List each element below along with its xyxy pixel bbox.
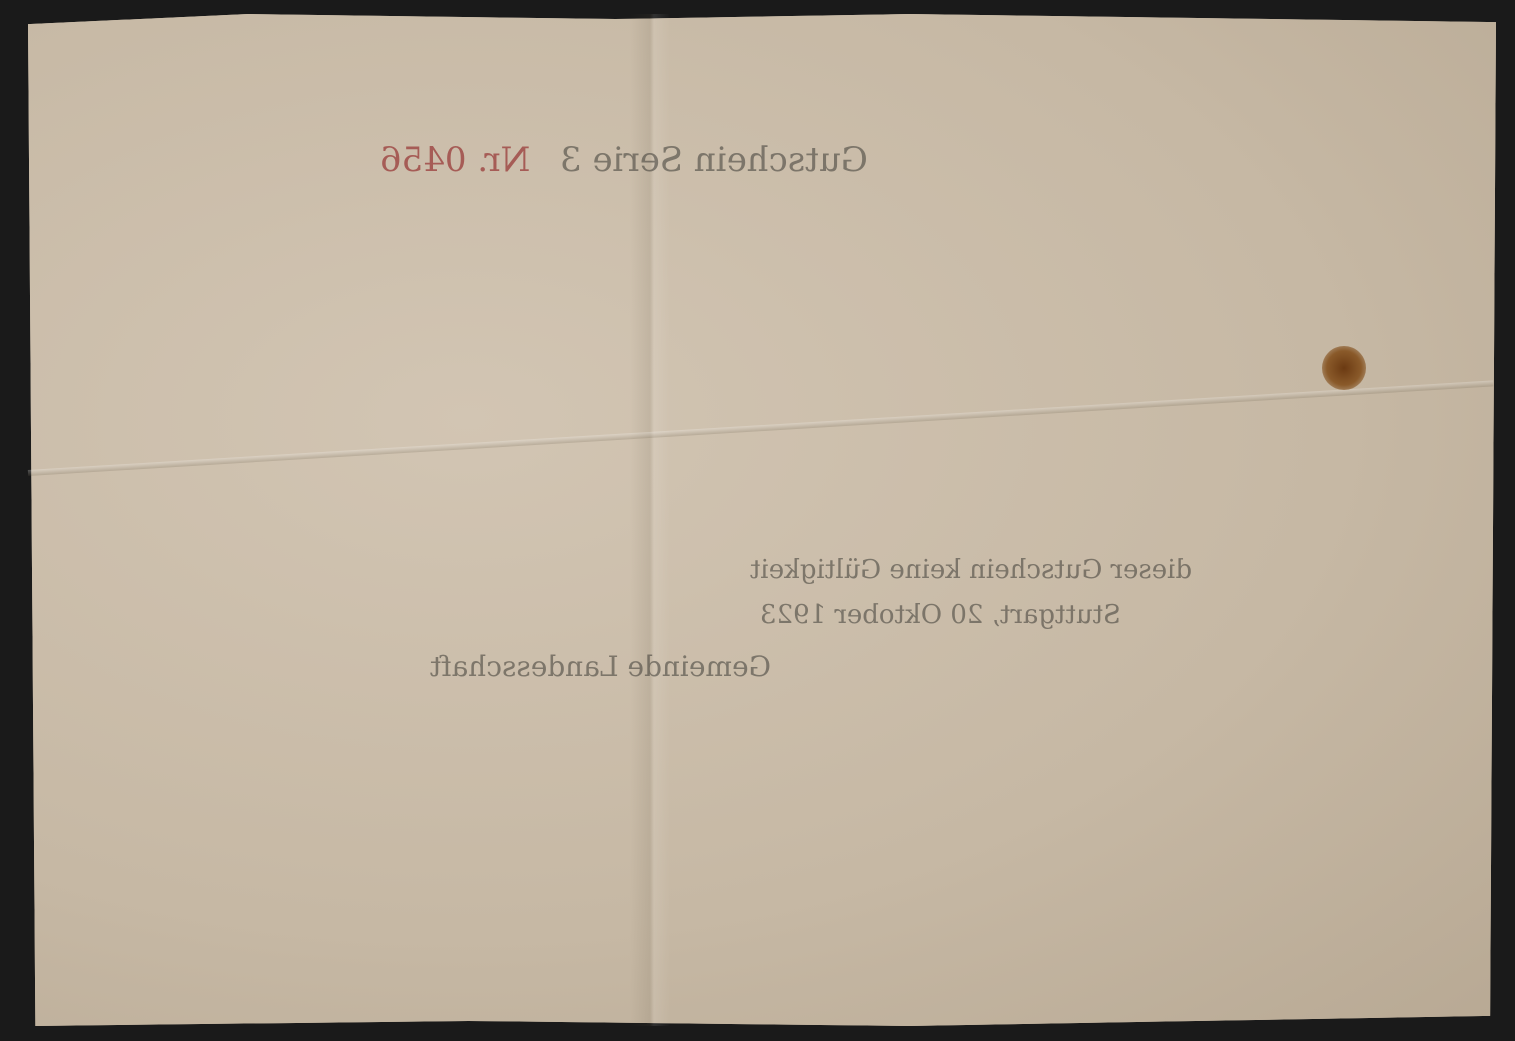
validity-text: dieser Gutschein keine Gültigkeit — [750, 555, 1192, 585]
issuer-text: Gemeinde Landesschaft — [430, 650, 771, 683]
city-date-text: Stuttgart, 20 Oktober 1923 — [760, 600, 1121, 630]
serial-number: Nr. 0456 — [380, 140, 530, 180]
header-text: Gutschein Serie 3 — [560, 140, 868, 180]
rust-stain — [1322, 346, 1366, 390]
